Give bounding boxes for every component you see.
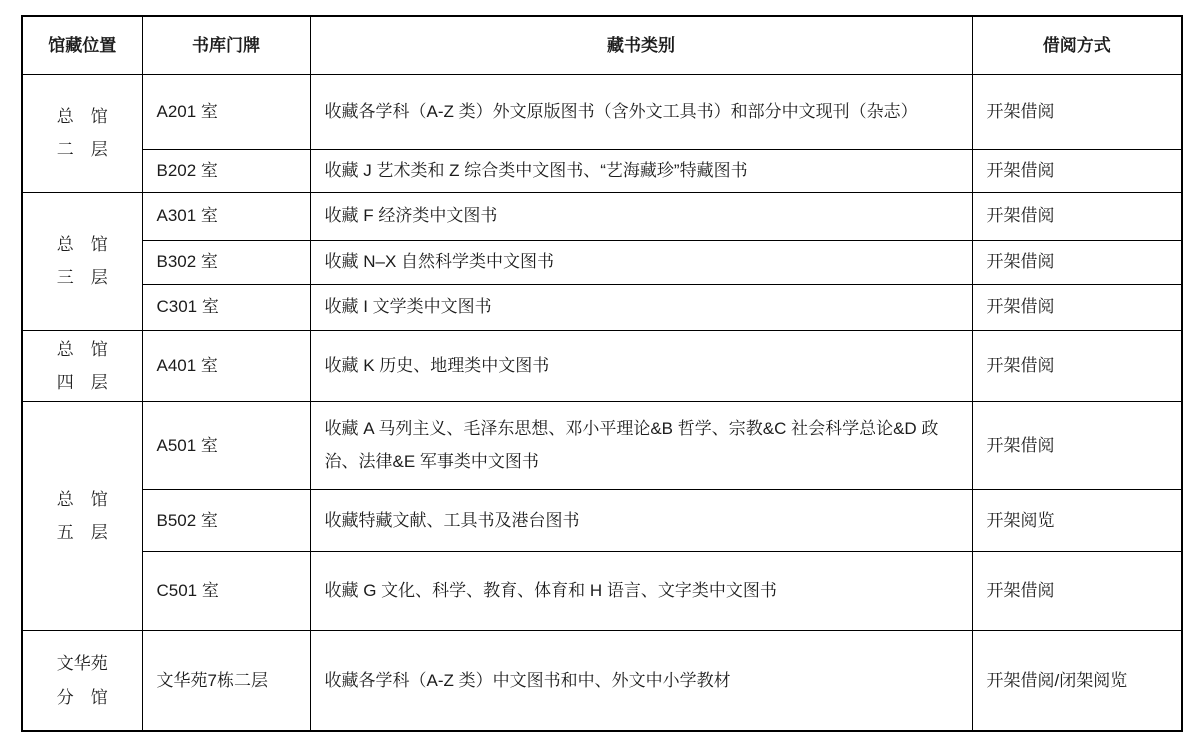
category-cell: 收藏 G 文化、科学、教育、体育和 H 语言、文字类中文图书 <box>310 551 972 630</box>
method-cell: 开架借阅/闭架阅览 <box>972 630 1182 731</box>
table-row: 总 馆 二 层 A201 室 收藏各学科（A-Z 类）外文原版图书（含外文工具书… <box>22 74 1182 149</box>
category-cell: 收藏 I 文学类中文图书 <box>310 284 972 330</box>
header-category: 藏书类别 <box>310 16 972 74</box>
header-location: 馆藏位置 <box>22 16 142 74</box>
table-row: B302 室 收藏 N–X 自然科学类中文图书 开架借阅 <box>22 240 1182 284</box>
category-cell: 收藏 N–X 自然科学类中文图书 <box>310 240 972 284</box>
room-cell: 文华苑7栋二层 <box>142 630 310 731</box>
method-cell: 开架借阅 <box>972 240 1182 284</box>
room-cell: A301 室 <box>142 192 310 240</box>
category-cell: 收藏特藏文献、工具书及港台图书 <box>310 489 972 551</box>
method-cell: 开架借阅 <box>972 192 1182 240</box>
method-cell: 开架阅览 <box>972 489 1182 551</box>
library-collections-table: 馆藏位置 书库门牌 藏书类别 借阅方式 总 馆 二 层 A201 室 收藏各学科… <box>21 15 1183 732</box>
method-cell: 开架借阅 <box>972 330 1182 401</box>
table-row: 总 馆 三 层 A301 室 收藏 F 经济类中文图书 开架借阅 <box>22 192 1182 240</box>
location-cell-main-3f: 总 馆 三 层 <box>22 192 142 330</box>
location-cell-main-2f: 总 馆 二 层 <box>22 74 142 192</box>
header-method: 借阅方式 <box>972 16 1182 74</box>
method-cell: 开架借阅 <box>972 551 1182 630</box>
table-row: B502 室 收藏特藏文献、工具书及港台图书 开架阅览 <box>22 489 1182 551</box>
header-room: 书库门牌 <box>142 16 310 74</box>
table-row: B202 室 收藏 J 艺术类和 Z 综合类中文图书、“艺海藏珍”特藏图书 开架… <box>22 149 1182 192</box>
room-cell: A401 室 <box>142 330 310 401</box>
room-cell: C501 室 <box>142 551 310 630</box>
room-cell: B302 室 <box>142 240 310 284</box>
table-row: 总 馆 五 层 A501 室 收藏 A 马列主义、毛泽东思想、邓小平理论&B 哲… <box>22 401 1182 489</box>
category-cell: 收藏 J 艺术类和 Z 综合类中文图书、“艺海藏珍”特藏图书 <box>310 149 972 192</box>
category-cell: 收藏各学科（A-Z 类）中文图书和中、外文中小学教材 <box>310 630 972 731</box>
category-cell: 收藏 F 经济类中文图书 <box>310 192 972 240</box>
location-cell-main-4f: 总 馆 四 层 <box>22 330 142 401</box>
header-row: 馆藏位置 书库门牌 藏书类别 借阅方式 <box>22 16 1182 74</box>
method-cell: 开架借阅 <box>972 401 1182 489</box>
method-cell: 开架借阅 <box>972 284 1182 330</box>
category-cell: 收藏各学科（A-Z 类）外文原版图书（含外文工具书）和部分中文现刊（杂志） <box>310 74 972 149</box>
table-row: 总 馆 四 层 A401 室 收藏 K 历史、地理类中文图书 开架借阅 <box>22 330 1182 401</box>
table-row: C301 室 收藏 I 文学类中文图书 开架借阅 <box>22 284 1182 330</box>
room-cell: A201 室 <box>142 74 310 149</box>
table-row: 文华苑 分 馆 文华苑7栋二层 收藏各学科（A-Z 类）中文图书和中、外文中小学… <box>22 630 1182 731</box>
room-cell: B202 室 <box>142 149 310 192</box>
location-cell-wenhuayuan-branch: 文华苑 分 馆 <box>22 630 142 731</box>
category-cell: 收藏 A 马列主义、毛泽东思想、邓小平理论&B 哲学、宗教&C 社会科学总论&D… <box>310 401 972 489</box>
table-row: C501 室 收藏 G 文化、科学、教育、体育和 H 语言、文字类中文图书 开架… <box>22 551 1182 630</box>
category-cell: 收藏 K 历史、地理类中文图书 <box>310 330 972 401</box>
method-cell: 开架借阅 <box>972 149 1182 192</box>
location-cell-main-5f: 总 馆 五 层 <box>22 401 142 630</box>
method-cell: 开架借阅 <box>972 74 1182 149</box>
room-cell: C301 室 <box>142 284 310 330</box>
library-collections-table-container: 馆藏位置 书库门牌 藏书类别 借阅方式 总 馆 二 层 A201 室 收藏各学科… <box>21 15 1183 732</box>
room-cell: A501 室 <box>142 401 310 489</box>
room-cell: B502 室 <box>142 489 310 551</box>
